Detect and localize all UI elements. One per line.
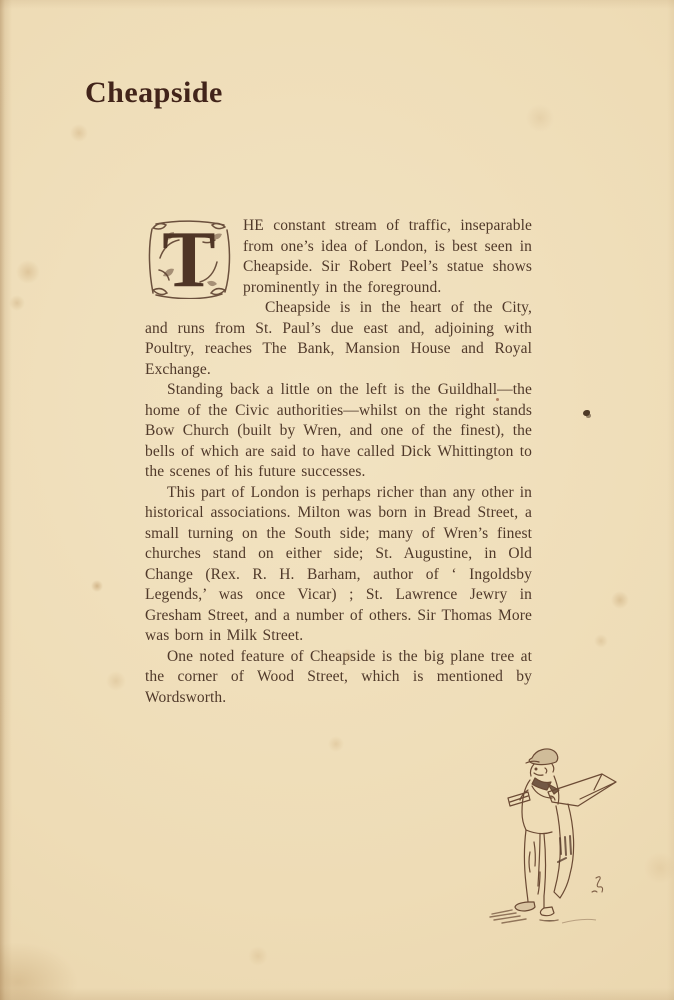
paragraph-text: constant stream of traffic, inseparable …	[243, 217, 532, 296]
artist-signature	[592, 877, 603, 892]
paragraph-2: Cheapside is in the heart of the City, a…	[145, 298, 532, 380]
paragraph-1: T HE constant stream of traffic, insepar…	[145, 216, 532, 298]
small-speck	[496, 398, 499, 401]
paragraph-5: One noted feature of Cheapside is the bi…	[145, 647, 532, 709]
lead-capitals: HE	[243, 217, 264, 234]
paragraph-4: This part of London is perhaps richer th…	[145, 483, 532, 647]
newsboy-illustration	[482, 742, 624, 928]
page-title: Cheapside	[85, 76, 223, 110]
ink-speck	[583, 410, 590, 416]
text-block: T HE constant stream of traffic, insepar…	[145, 216, 532, 708]
drop-cap-ornament-icon: T	[145, 218, 233, 299]
paragraph-3: Standing back a little on the left is th…	[145, 380, 532, 483]
book-page: Cheapside	[0, 0, 674, 1000]
drop-cap-letter: T	[162, 218, 215, 299]
